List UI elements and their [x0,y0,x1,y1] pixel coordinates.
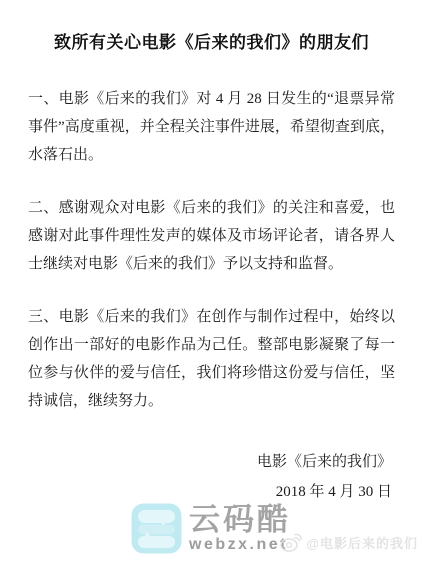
watermark-brand-text: 云码酷 webzx.net [189,503,291,553]
paragraph-3: 三、电影《后来的我们》在创作与制作过程中，始终以创作出一部好的电影作品为己任。整… [28,303,395,415]
weibo-icon [280,533,302,552]
watermark-site-name: 云码酷 [189,503,291,536]
document-title: 致所有关心电影《后来的我们》的朋友们 [28,31,395,55]
signature-block: 电影《后来的我们》 2018 年 4 月 30 日 [28,447,395,507]
weibo-handle: @电影后来的我们 [306,533,418,552]
statement-document: 致所有关心电影《后来的我们》的朋友们 一、电影《后来的我们》对 4 月 28 日… [0,0,422,562]
paragraph-2: 二、感谢观众对电影《后来的我们》的关注和喜爱，也感谢对此事件理性发声的媒体及市场… [28,194,395,278]
weibo-watermark: @电影后来的我们 [280,533,418,552]
chat-bubbles-icon [131,503,182,554]
signature: 电影《后来的我们》 [28,447,392,477]
paragraph-1: 一、电影《后来的我们》对 4 月 28 日发生的“退票异常事件”高度重视，并全程… [28,85,395,169]
document-body: 致所有关心电影《后来的我们》的朋友们 一、电影《后来的我们》对 4 月 28 日… [0,31,422,507]
watermark-site-url: webzx.net [189,536,291,553]
